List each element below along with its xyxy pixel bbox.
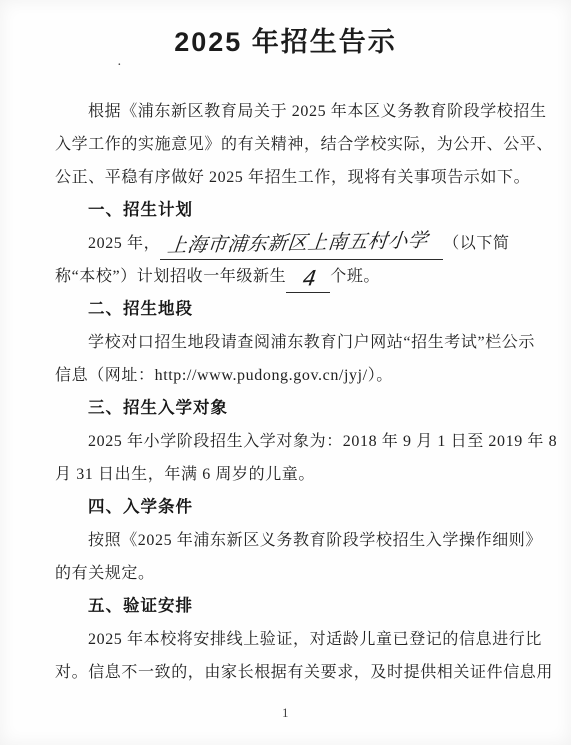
enrollment-plan-line-1: 2025 年，上海市浦东新区上南五村小学（以下简 xyxy=(55,227,517,260)
conditions-line: 按照《2025 年浦东新区义务教育阶段学校招生入学操作细则》 xyxy=(55,524,517,557)
section-heading-admission-conditions: 四、入学条件 xyxy=(55,491,517,524)
enrollment-plan-line-2: 称“本校”）计划招收一年级新生4个班。 xyxy=(55,260,517,293)
school-name-blank: 上海市浦东新区上南五村小学 xyxy=(160,233,443,260)
section-heading-enrollment-plan: 一、招生计划 xyxy=(55,194,517,227)
eligible-line: 月 31 日出生，年满 6 周岁的儿童。 xyxy=(55,458,517,491)
plan-line2-prefix: 称“本校”）计划招收一年级新生 xyxy=(55,268,286,285)
document-title: 2025 年招生告示 xyxy=(0,20,571,59)
class-count-handwritten: 4 xyxy=(301,265,319,292)
intro-line: 公正、平稳有序做好 2025 年招生工作，现将有关事项告示如下。 xyxy=(55,161,517,194)
class-count-blank: 4 xyxy=(286,266,330,293)
school-name-handwritten: 上海市浦东新区上南五村小学 xyxy=(166,228,429,259)
conditions-line: 的有关规定。 xyxy=(55,557,517,590)
plan-line2-suffix: 个班。 xyxy=(330,268,380,285)
verification-line: 2025 年本校将安排线上验证，对适龄儿童已登记的信息进行比 xyxy=(55,623,517,656)
section-heading-verification: 五、验证安排 xyxy=(55,590,517,623)
intro-line: 根据《浦东新区教育局关于 2025 年本区义务教育阶段学校招生 xyxy=(55,95,517,128)
section-heading-enrollment-district: 二、招生地段 xyxy=(55,293,517,326)
plan-line1-prefix: 2025 年， xyxy=(88,235,160,252)
district-line: 学校对口招生地段请查阅浦东教育门户网站“招生考试”栏公示 xyxy=(55,326,517,359)
page-number: 1 xyxy=(0,706,571,721)
eligible-line: 2025 年小学阶段招生入学对象为：2018 年 9 月 1 日至 2019 年… xyxy=(55,425,517,458)
verification-line: 对。信息不一致的，由家长根据有关要求，及时提供相关证件信息用 xyxy=(55,656,517,689)
document-page: 2025 年招生告示 · 根据《浦东新区教育局关于 2025 年本区义务教育阶段… xyxy=(0,0,571,745)
scan-stray-dot: · xyxy=(117,58,122,74)
district-line-url: 信息（网址：http://www.pudong.gov.cn/jyj/）。 xyxy=(55,359,517,392)
plan-line1-suffix: （以下简 xyxy=(443,235,509,252)
section-heading-eligible-children: 三、招生入学对象 xyxy=(55,392,517,425)
intro-line: 入学工作的实施意见》的有关精神，结合学校实际，为公开、公平、 xyxy=(55,128,517,161)
document-body: 根据《浦东新区教育局关于 2025 年本区义务教育阶段学校招生 入学工作的实施意… xyxy=(55,95,517,689)
